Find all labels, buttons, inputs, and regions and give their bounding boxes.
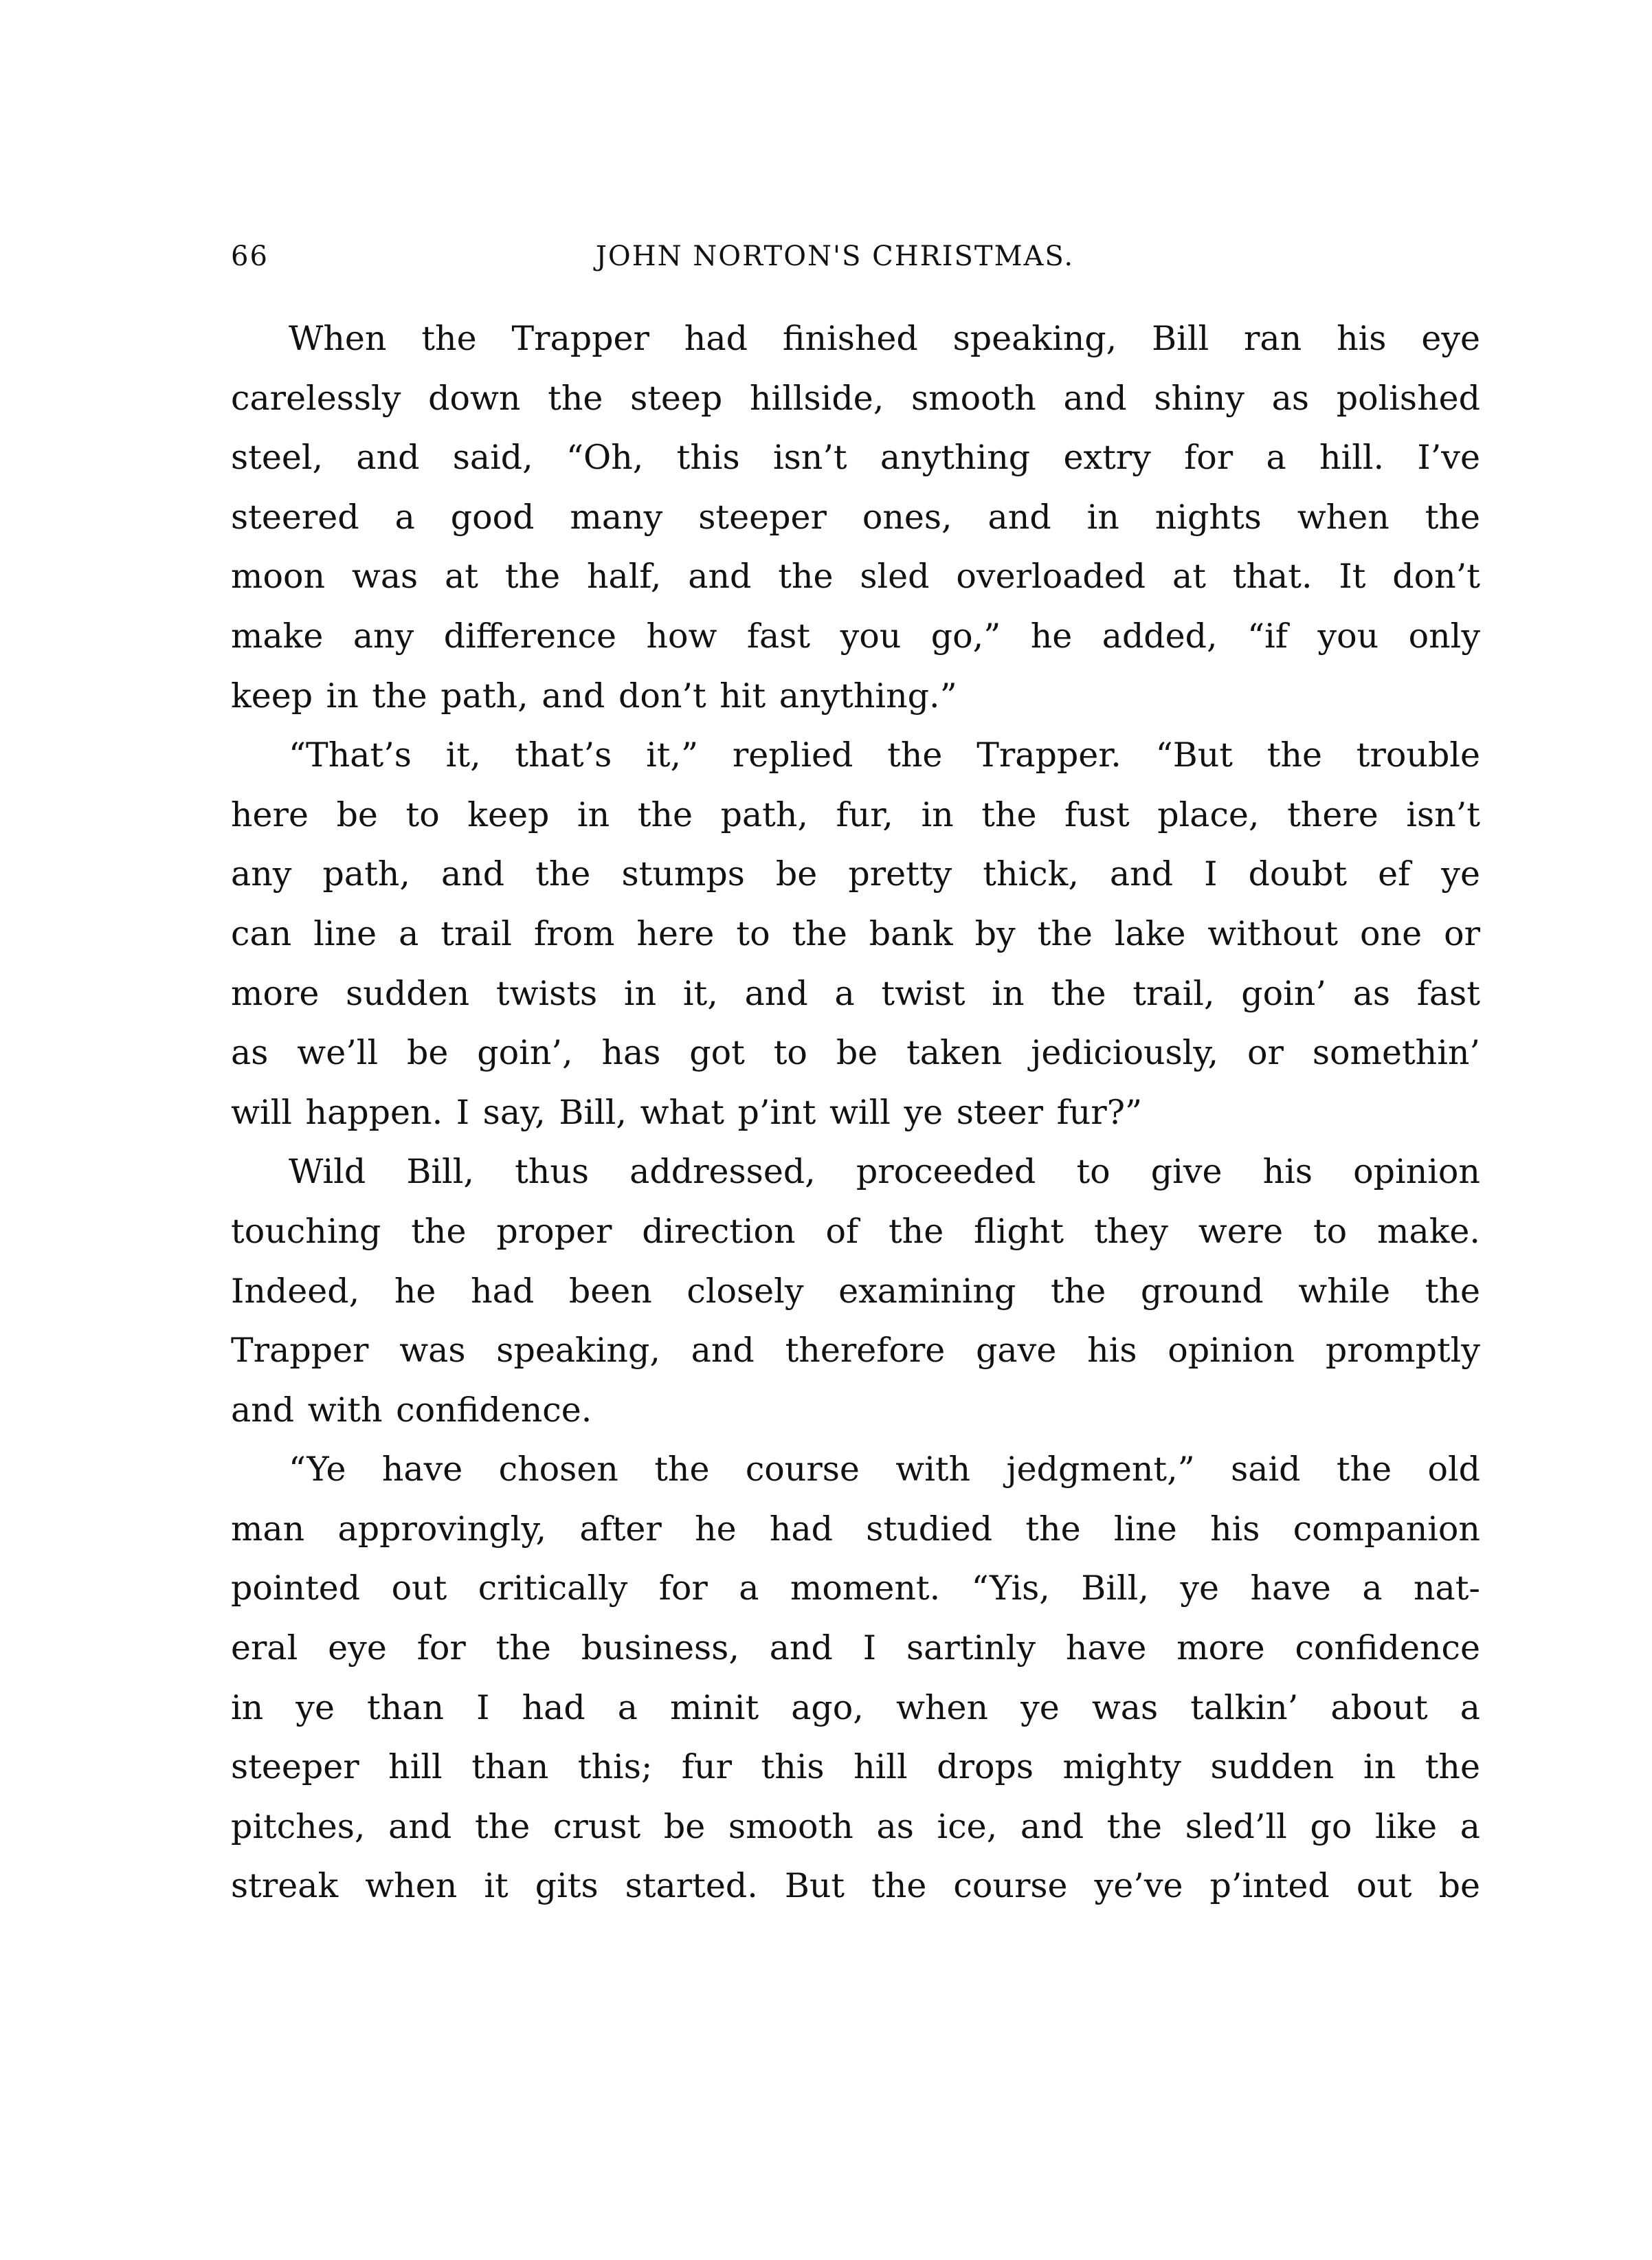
body-text: When the Trapper had finished speaking, …: [231, 309, 1480, 1916]
text-line: streak when it gits started. But the cou…: [231, 1857, 1480, 1916]
running-title: JOHN NORTON'S CHRISTMAS.: [231, 241, 1480, 272]
text-line: make any difference how fast you go,” he…: [231, 607, 1480, 667]
text-line: and with confidence.: [231, 1381, 1480, 1441]
text-line: pitches, and the crust be smooth as ice,…: [231, 1797, 1480, 1857]
text-line: any path, and the stumps be pretty thick…: [231, 845, 1480, 905]
paragraph: When the Trapper had finished speaking, …: [231, 309, 1480, 726]
text-line: will happen. I say, Bill, what p’int wil…: [231, 1083, 1480, 1143]
text-line: Wild Bill, thus addressed, proceeded to …: [231, 1142, 1480, 1202]
text-line: can line a trail from here to the bank b…: [231, 905, 1480, 964]
paragraph: Wild Bill, thus addressed, proceeded to …: [231, 1142, 1480, 1440]
text-line: Trapper was speaking, and therefore gave…: [231, 1321, 1480, 1381]
text-line: touching the proper direction of the fli…: [231, 1202, 1480, 1262]
text-line: steeper hill than this; fur this hill dr…: [231, 1738, 1480, 1797]
text-line: in ye than I had a minit ago, when ye wa…: [231, 1679, 1480, 1738]
paragraph: “That’s it, that’s it,” replied the Trap…: [231, 726, 1480, 1142]
text-line: keep in the path, and don’t hit anything…: [231, 667, 1480, 727]
text-line: moon was at the half, and the sled overl…: [231, 547, 1480, 607]
text-line: man approvingly, after he had studied th…: [231, 1500, 1480, 1560]
text-line: steel, and said, “Oh, this isn’t anythin…: [231, 428, 1480, 488]
text-line: steered a good many steeper ones, and in…: [231, 488, 1480, 548]
text-line: here be to keep in the path, fur, in the…: [231, 786, 1480, 845]
text-line: more sudden twists in it, and a twist in…: [231, 964, 1480, 1024]
text-line: When the Trapper had finished speaking, …: [231, 309, 1480, 369]
running-head: 66 JOHN NORTON'S CHRISTMAS.: [231, 241, 1480, 289]
text-line: Indeed, he had been closely examining th…: [231, 1262, 1480, 1322]
text-line: “Ye have chosen the course with jedgment…: [231, 1440, 1480, 1500]
text-line: eral eye for the business, and I sartinl…: [231, 1619, 1480, 1679]
text-line: pointed out critically for a moment. “Yi…: [231, 1559, 1480, 1619]
text-line: “That’s it, that’s it,” replied the Trap…: [231, 726, 1480, 786]
paragraph: “Ye have chosen the course with jedgment…: [231, 1440, 1480, 1916]
text-line: carelessly down the steep hillside, smoo…: [231, 369, 1480, 429]
text-line: as we’ll be goin’, has got to be taken j…: [231, 1023, 1480, 1083]
book-page: 66 JOHN NORTON'S CHRISTMAS. When the Tra…: [231, 241, 1480, 1916]
